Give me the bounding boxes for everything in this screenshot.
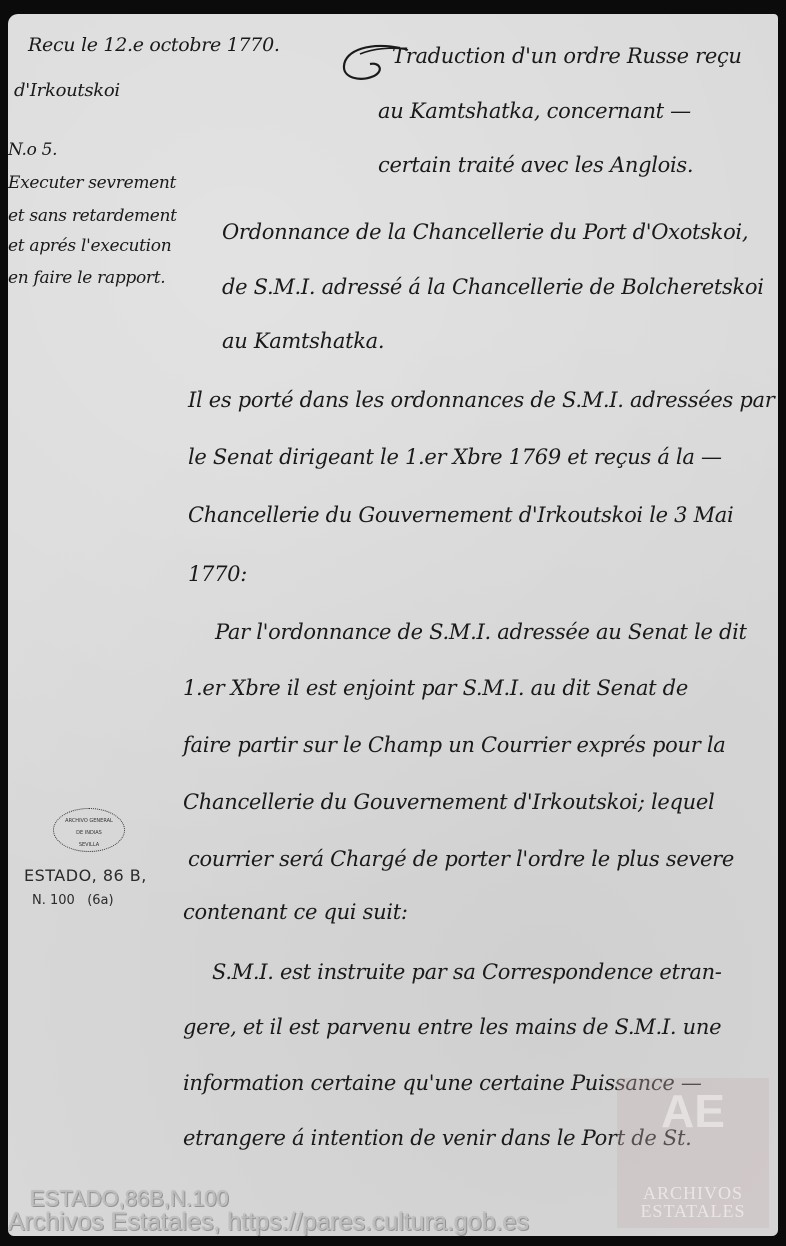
heading-line-3: au Kamtshatka. bbox=[222, 329, 384, 353]
stamp-text-mid: DE INDIAS bbox=[54, 827, 124, 839]
body-line-3: Chancellerie du Gouvernement d'Irkoutsko… bbox=[188, 503, 733, 527]
body-line-7: faire partir sur le Champ un Courrier ex… bbox=[183, 733, 726, 757]
body-line-14: etrangere á intention de venir dans le P… bbox=[183, 1126, 691, 1150]
margin-note-instruction-3: et aprés l'execution bbox=[8, 236, 171, 256]
archive-ref-line-2: N. 100 (6a) bbox=[32, 893, 114, 908]
title-line-1: Traduction d'un ordre Russe reçu bbox=[392, 44, 742, 68]
watermark-label-2: ESTATALES bbox=[617, 1202, 769, 1220]
stamp-text-bottom: SEVILLA bbox=[54, 839, 124, 851]
title-line-3: certain traité avec les Anglois. bbox=[378, 153, 693, 177]
body-line-1: Il es porté dans les ordonnances de S.M.… bbox=[188, 388, 774, 412]
stamp-text-top: ARCHIVO GENERAL bbox=[54, 815, 124, 827]
heading-line-2: de S.M.I. adressé á la Chancellerie de B… bbox=[222, 275, 764, 299]
margin-note-origin: d'Irkoutskoi bbox=[14, 80, 120, 101]
archive-watermark: AE ARCHIVOS ESTATALES bbox=[617, 1078, 769, 1228]
body-line-4: 1770: bbox=[188, 562, 247, 586]
archive-ref-line-1: ESTADO, 86 B, bbox=[24, 866, 147, 885]
heading-line-1: Ordonnance de la Chancellerie du Port d'… bbox=[222, 220, 748, 244]
margin-note-instruction-1: Executer sevrement bbox=[8, 173, 176, 193]
margin-note-instruction-2: et sans retardement bbox=[8, 206, 177, 226]
margin-note-number: N.o 5. bbox=[8, 140, 57, 160]
archive-logo-icon: AE bbox=[617, 1084, 769, 1138]
body-line-11: S.M.I. est instruite par sa Corresponden… bbox=[212, 960, 722, 984]
body-line-6: 1.er Xbre il est enjoint par S.M.I. au d… bbox=[183, 676, 688, 700]
margin-note-received: Recu le 12.e octobre 1770. bbox=[28, 34, 280, 56]
archive-stamp: ARCHIVO GENERAL DE INDIAS SEVILLA bbox=[53, 808, 125, 852]
body-line-12: gere, et il est parvenu entre les mains … bbox=[183, 1015, 721, 1039]
body-line-9: courrier será Chargé de porter l'ordre l… bbox=[188, 847, 734, 871]
watermark-label-1: ARCHIVOS bbox=[617, 1184, 769, 1202]
body-line-8: Chancellerie du Gouvernement d'Irkoutsko… bbox=[183, 790, 714, 814]
body-line-10: contenant ce qui suit: bbox=[183, 900, 408, 924]
title-line-2: au Kamtshatka, concernant — bbox=[378, 99, 691, 123]
body-line-2: le Senat dirigeant le 1.er Xbre 1769 et … bbox=[188, 445, 722, 469]
margin-note-instruction-4: en faire le rapport. bbox=[8, 268, 165, 288]
credit-source: Archivos Estatales, https://pares.cultur… bbox=[8, 1208, 529, 1237]
body-line-5: Par l'ordonnance de S.M.I. adressée au S… bbox=[215, 620, 747, 644]
